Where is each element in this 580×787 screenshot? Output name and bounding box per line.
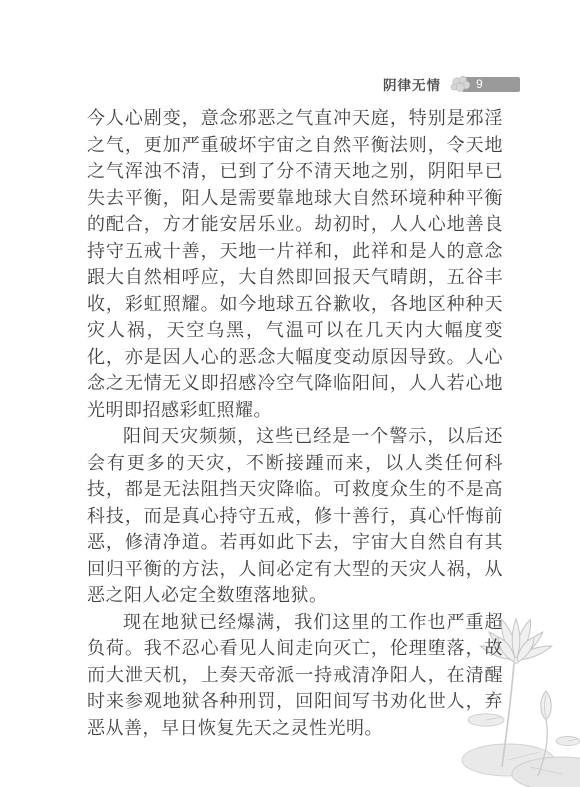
lily-pads xyxy=(462,744,580,787)
paragraph-continuation: 今人心剧变，意念邪恶之气直冲天庭，特别是邪淫之气，更加严重破坏宇宙之自然平衡法则… xyxy=(87,105,503,423)
paragraph: 阳间天灾频频，这些已经是一个警示，以后还会有更多的天灾，不断接踵而来，以人类任何… xyxy=(87,423,503,609)
running-head-title: 阴律无情 xyxy=(383,74,441,94)
paragraph: 现在地狱已经爆满，我们这里的工作也严重超负荷。我不忍心看见人间走向灭亡，伦理堕落… xyxy=(87,609,503,742)
peony-flower-icon xyxy=(449,73,473,95)
book-page: 阴律无情 9 今人心剧变，意念邪恶之气直冲天庭，特别是邪淫之气 xyxy=(0,0,580,787)
page-header: 阴律无情 9 xyxy=(383,74,520,94)
lotus-bud xyxy=(541,691,552,720)
page-body-text: 今人心剧变，意念邪恶之气直冲天庭，特别是邪淫之气，更加严重破坏宇宙之自然平衡法则… xyxy=(87,105,503,741)
